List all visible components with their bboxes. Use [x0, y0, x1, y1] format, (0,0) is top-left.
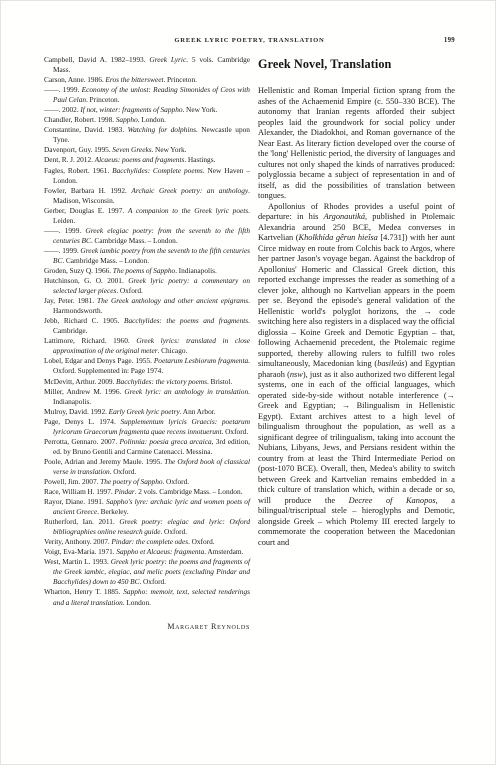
bibliography-entry: ——. 1999. Greek elegiac poetry: from the…: [44, 226, 250, 246]
article-title: Greek Novel, Translation: [258, 57, 455, 72]
bibliography-entry: Perrotta, Gennaro. 2007. Polinnia: poesi…: [44, 437, 250, 457]
bibliography-entry: Jay, Peter. 1981. The Greek anthology an…: [44, 296, 250, 316]
bibliography-entry: Wharton, Henry T. 1885. Sappho: memoir, …: [44, 587, 250, 607]
bibliography-entry: Davenport, Guy. 1995. Seven Greeks. New …: [44, 145, 250, 155]
article-paragraph: Apollonius of Rhodes provides a useful p…: [258, 202, 455, 549]
bibliography-entry: Verity, Anthony. 2007. Pindar: the compl…: [44, 537, 250, 547]
running-title: GREEK LYRIC POETRY, TRANSLATION: [44, 37, 455, 44]
bibliography-entry: Powell, Jim. 2007. The poetry of Sappho.…: [44, 477, 250, 487]
bibliography-entry: Jebb, Richard C. 1905. Bacchylides: the …: [44, 316, 250, 336]
bibliography-entry: ——. 1999. Economy of the unlost: Reading…: [44, 85, 250, 105]
author-byline: Margaret Reynolds: [44, 622, 250, 632]
bibliography-entry: Campbell, David A. 1982–1993. Greek Lyri…: [44, 55, 250, 75]
bibliography-entry: Rutherford, Ian. 2011. Greek poetry: ele…: [44, 517, 250, 537]
bibliography-entry: Gerber, Douglas E. 1997. A companion to …: [44, 206, 250, 226]
bibliography-entry: West, Martin L. 1993. Greek lyric poetry…: [44, 557, 250, 587]
bibliography-entry: Rayor, Diane. 1991. Sappho's lyre: archa…: [44, 497, 250, 517]
bibliography-entry: McDevitt, Arthur. 2009. Bacchylides: the…: [44, 377, 250, 387]
bibliography-entry: Mulroy, David. 1992. Early Greek lyric p…: [44, 407, 250, 417]
bibliography-entry: Miller, Andrew M. 1996. Greek lyric: an …: [44, 387, 250, 407]
bibliography-entry: Race, William H. 1997. Pindar. 2 vols. C…: [44, 487, 250, 497]
page-header: GREEK LYRIC POETRY, TRANSLATION 199: [44, 37, 455, 49]
page-number: 199: [444, 37, 455, 44]
bibliography-entry: ——. 2002. If not, winter: fragments of S…: [44, 105, 250, 115]
article-column: Greek Novel, Translation Hellenistic and…: [258, 55, 455, 745]
bibliography-entry: Chandler, Robert. 1998. Sappho. London.: [44, 115, 250, 125]
bibliography-entry: Dent, R. J. 2012. Alcaeus: poems and fra…: [44, 155, 250, 165]
bibliography-column: Campbell, David A. 1982–1993. Greek Lyri…: [44, 55, 250, 745]
scanned-book-page: GREEK LYRIC POETRY, TRANSLATION 199 Camp…: [0, 0, 496, 765]
bibliography-entry: Constantine, David. 1983. Watching for d…: [44, 125, 250, 145]
bibliography-entry: ——. 1999. Greek iambic poetry from the s…: [44, 246, 250, 266]
bibliography-entry: Lattimore, Richard. 1960. Greek lyrics: …: [44, 336, 250, 356]
bibliography-entry: Hutchinson, G. O. 2001. Greek lyric poet…: [44, 276, 250, 296]
article-paragraph: Hellenistic and Roman Imperial fiction s…: [258, 86, 455, 202]
bibliography-entry: Page, Denys L. 1974. Supplementum lyrici…: [44, 417, 250, 437]
bibliography-entry: Carson, Anne. 1986. Eros the bittersweet…: [44, 75, 250, 85]
bibliography-entry: Poole, Adrian and Jeremy Maule. 1995. Th…: [44, 457, 250, 477]
bibliography-entry: Voigt, Eva-Maria. 1971. Sappho et Alcaeu…: [44, 547, 250, 557]
bibliography-entry: Fagles, Robert. 1961. Bacchylides: Compl…: [44, 166, 250, 186]
two-column-layout: Campbell, David A. 1982–1993. Greek Lyri…: [44, 55, 455, 745]
bibliography-entry: Groden, Suzy Q. 1966. The poems of Sapph…: [44, 266, 250, 276]
bibliography-entry: Lobel, Edgar and Denys Page. 1955. Poeta…: [44, 356, 250, 376]
bibliography-entry: Fowler, Barbara H. 1992. Archaic Greek p…: [44, 186, 250, 206]
